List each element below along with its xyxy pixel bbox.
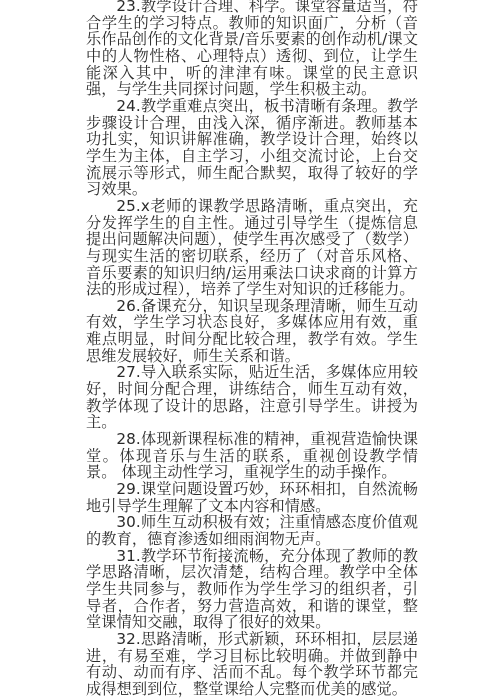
paragraph-29: 29.课堂问题设置巧妙，环环相扣，自然流畅地引导学生理解了文本内容和情感。: [86, 481, 418, 514]
document-body: 23.教学设计合理、科学。课堂容量适当，符合学生的学习特点。教师的知识面广，分析…: [86, 0, 418, 667]
paragraph-32: 32.思路清晰，形式新颖，环环相扣，层层递进，有易至难，学习目标比较明确。并做到…: [86, 631, 418, 667]
paragraph-31: 31.教学环节衔接流畅，充分体现了教师的教学思路清晰，层次清楚，结构合理。教学中…: [86, 548, 418, 631]
paragraph-30: 30.师生互动积极有效；注重情感态度价值观的教育，德育渗透如细雨润物无声。: [86, 514, 418, 547]
paragraph-24: 24.教学重难点突出，板书清晰有条理。教学步骤设计合理，由浅入深，循序渐进。教师…: [86, 98, 418, 198]
paragraph-26: 26.备课充分，知识呈现条理清晰，师生互动有效，学生学习状态良好，多媒体应用有效…: [86, 298, 418, 365]
paragraph-25: 25.x老师的课教学思路清晰，重点突出，充分发挥学生的自主性。通过引导学生（提炼…: [86, 198, 418, 298]
paragraph-28: 28.体现新课程标准的精神，重视营造愉快课堂。体现音乐与生活的联系，重视创设教学…: [86, 431, 418, 481]
paragraph-23: 23.教学设计合理、科学。课堂容量适当，符合学生的学习特点。教师的知识面广，分析…: [86, 0, 418, 98]
paragraph-27: 27.导入联系实际，贴近生活，多媒体应用较好，时间分配合理，讲练结合，师生互动有…: [86, 364, 418, 431]
